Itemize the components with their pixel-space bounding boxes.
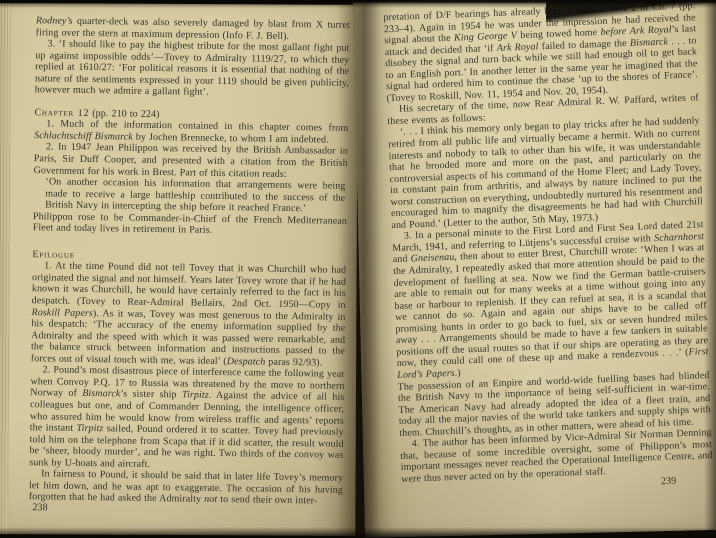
text-run: ’s sister ship [120, 389, 182, 401]
page-edge-stack [0, 3, 11, 534]
paragraph: Philippon rose to be Commander-in-Chief … [33, 211, 347, 239]
italic-text-run: not [204, 494, 217, 505]
italic-text-run: Despatch [227, 356, 266, 368]
book-photo: Rodney’s quarter-deck was also severely … [0, 0, 716, 538]
left-page: Rodney’s quarter-deck was also severely … [0, 3, 358, 536]
text-run: ‘. . . I think his memory only began to … [388, 116, 703, 231]
italic-text-run: Roskill Papers [31, 307, 93, 319]
left-page-number: 238 [32, 502, 47, 513]
text-run: quarter-deck was also severely damaged b… [36, 16, 350, 42]
paragraph: 1. At the time Pound did not tell Tovey … [31, 261, 347, 370]
paragraph: ‘On another occasion his information tha… [45, 176, 345, 215]
paragraph: 3. In a personal minute to the First Lor… [392, 220, 710, 382]
italic-text-run: before [600, 26, 626, 38]
text-run: (pp. 210 to 224) [89, 108, 159, 120]
italic-text-run: Bismarck [82, 388, 120, 400]
text-run: Philippon rose to be Commander-in-Chief … [33, 211, 347, 236]
text-run: .) [454, 368, 460, 379]
italic-text-run: Bismarck [630, 36, 669, 48]
paragraph: pretation of D/F bearings has already be… [383, 0, 698, 104]
italic-text-run: Tirpitz [182, 390, 209, 401]
text-run: 1. At the time Pound did not tell Tovey … [32, 261, 347, 311]
right-page-number: 239 [661, 476, 677, 488]
text-run: paras 92/93). [265, 356, 322, 368]
italic-text-run: Schlachtschiff Bismarck [34, 130, 133, 142]
text-run: 3. ‘I should like to pay the highest tri… [35, 38, 350, 98]
left-page-text: Rodney’s quarter-deck was also severely … [29, 15, 350, 507]
smallcaps-text-run: Chapter 12 [34, 107, 89, 119]
italic-text-run: Ark Royal [497, 41, 539, 54]
text-run: ‘On another occasion his information tha… [45, 176, 345, 214]
italic-text-run: Tirpitz [76, 423, 103, 434]
paragraph: ‘. . . I think his memory only began to … [388, 116, 704, 232]
paragraph: 2. In 1947 Jean Philippon was received b… [34, 142, 348, 181]
smallcaps-text-run: Epilogue [32, 249, 75, 261]
text-run: to send their own inter- [217, 494, 317, 506]
right-page: pretation of D/F bearings has already be… [353, 0, 716, 538]
paragraph: 2. Pound’s most disastrous piece of inte… [29, 364, 345, 473]
text-run: and [393, 254, 411, 266]
italic-text-run: Rodney’s [36, 15, 73, 27]
right-page-text: pretation of D/F bearings has already be… [383, 0, 713, 485]
paragraph: 3. ‘I should like to pay the highest tri… [35, 38, 350, 100]
text-run: 2. In 1947 Jean Philippon was received b… [34, 142, 348, 180]
paragraph: In fairness to Pound, it should be said … [29, 468, 343, 507]
italic-text-run: Ark Royal [630, 24, 672, 37]
